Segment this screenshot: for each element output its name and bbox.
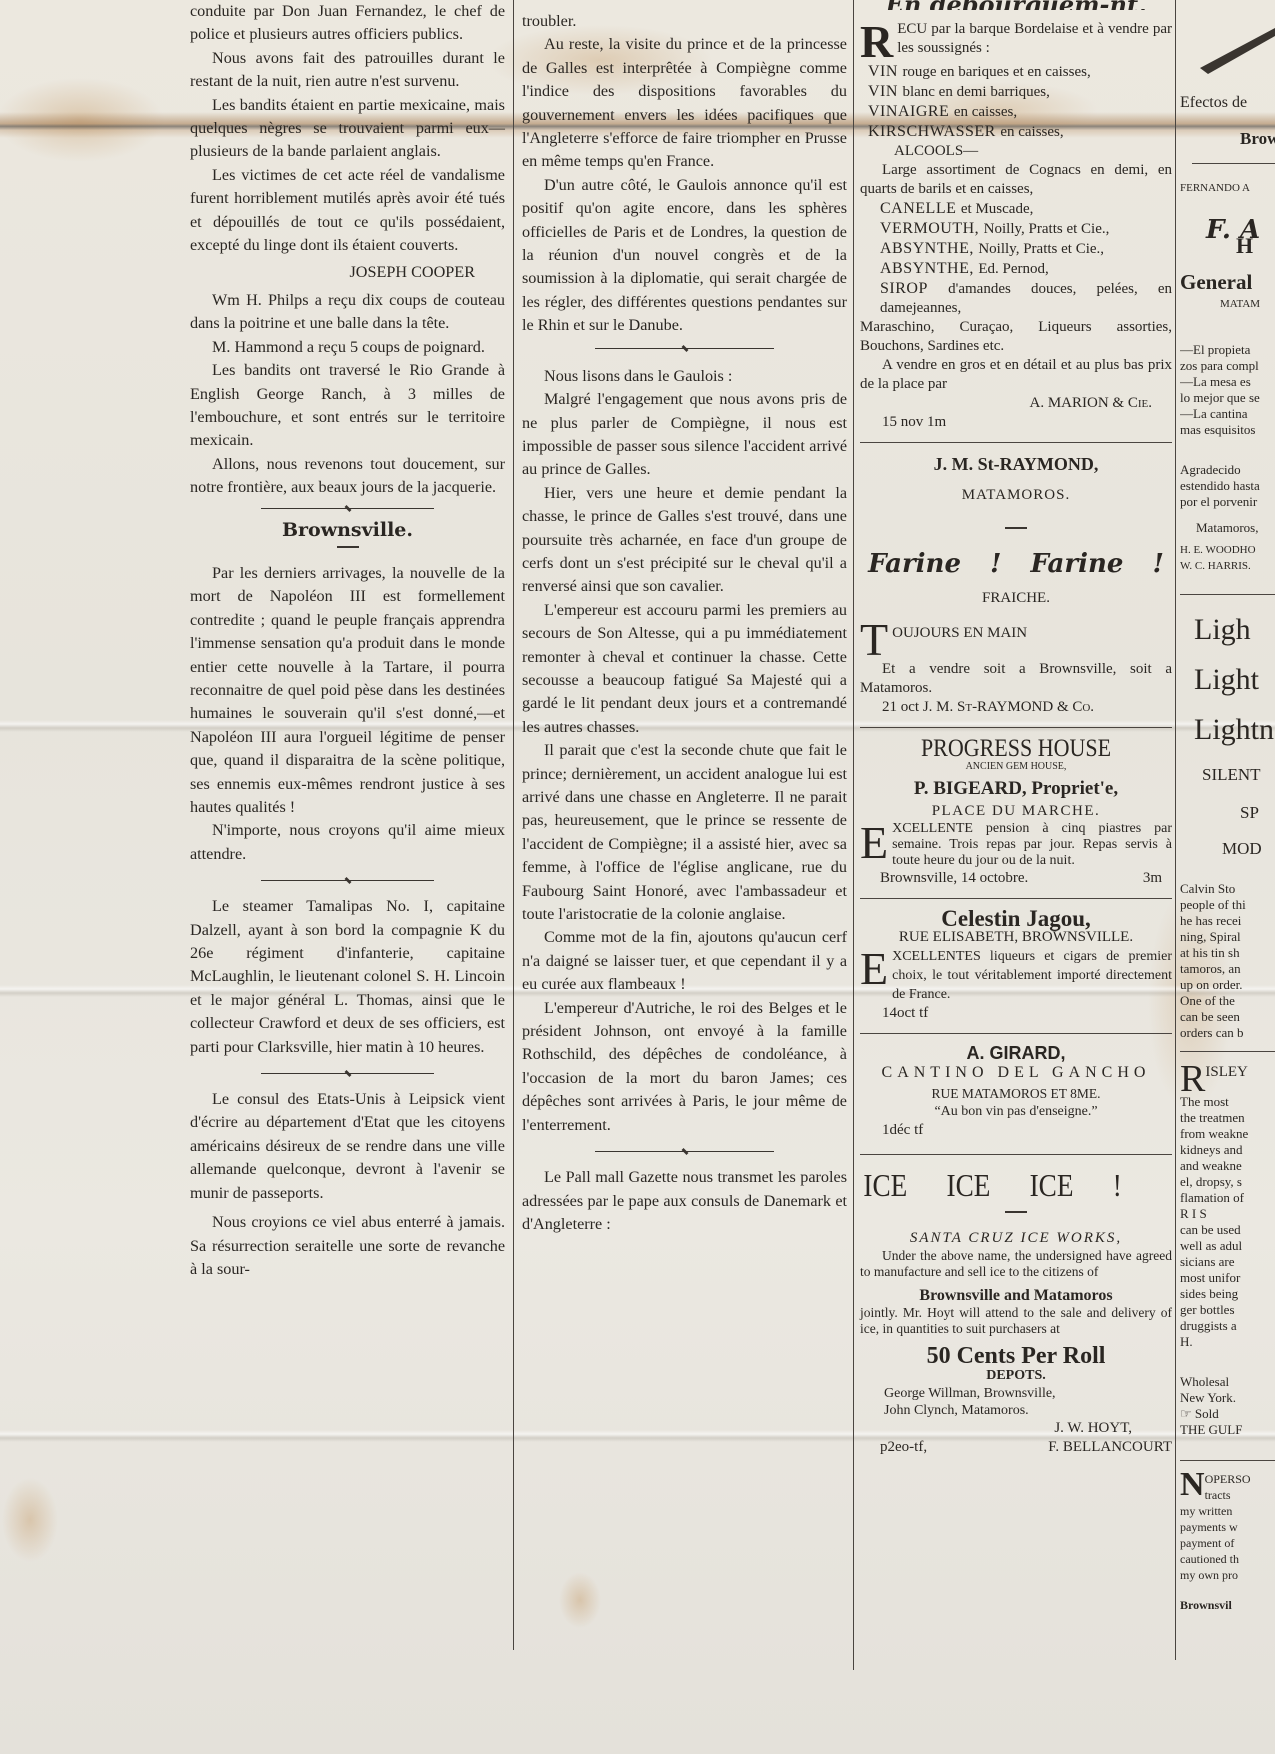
- ad-girard: A. GIRARD, CANTINO DEL GANCHO RUE MATAMO…: [860, 1044, 1172, 1140]
- text-line: up on order.: [1180, 977, 1275, 993]
- ad-text: Efectos de: [1180, 95, 1275, 111]
- text-line: sicians are: [1180, 1254, 1275, 1270]
- product-list: VIN rouge en bariques et en caisses,VIN …: [860, 62, 1172, 142]
- text-line: —La cantina: [1180, 406, 1275, 422]
- text-line: and weakne: [1180, 1158, 1275, 1174]
- article-text: N'importe, nous croyons qu'il aime mieux…: [190, 819, 505, 866]
- ad-text: SP: [1240, 805, 1275, 821]
- product-item: VIN rouge en bariques et en caisses,: [868, 62, 1172, 82]
- text-line: sides being: [1180, 1286, 1275, 1302]
- text-line: cautioned th: [1180, 1551, 1275, 1567]
- ad-headline: LighLightLightn: [1180, 605, 1275, 755]
- article-text: Les bandits étaient en partie mexicaine,…: [190, 94, 505, 164]
- column-rule: [853, 0, 854, 1670]
- ad-price: 50 Cents Per Roll: [860, 1347, 1172, 1366]
- ad-raymond: J. M. St-RAYMOND, MATAMOROS. Farine ! Fa…: [860, 455, 1172, 717]
- ad-text: General: [1180, 274, 1275, 290]
- drop-cap: N: [1180, 1471, 1205, 1499]
- ad-title: A. GIRARD,: [860, 1044, 1172, 1063]
- ad-masthead: En debourquem-nt,: [860, 0, 1172, 10]
- text-line: Lightn: [1194, 705, 1275, 755]
- text-line: ning, Spiral: [1180, 929, 1275, 945]
- ad-text: OUJOURS EN MAIN: [892, 625, 1027, 641]
- signature: JOSEPH COOPER: [190, 261, 505, 284]
- ad-city: MATAMOROS.: [860, 486, 1172, 505]
- text-line: ger bottles: [1180, 1302, 1275, 1318]
- ad-text: A vendre en gros et en détail et au plus…: [860, 356, 1172, 394]
- text-line: at his tin sh: [1180, 945, 1275, 961]
- article-text: M. Hammond a reçu 5 coups de poignard.: [190, 336, 505, 359]
- product-name: VERMOUTH,: [880, 220, 984, 237]
- divider: [261, 880, 434, 881]
- text-line: kidneys and: [1180, 1142, 1275, 1158]
- ad-text: jointly. Mr. Hoyt will attend to the sal…: [860, 1305, 1172, 1337]
- ad-signature: J. M. St-RAYMOND & Co.: [923, 699, 1094, 715]
- column-3-ads: En debourquem-nt, R ECU par la barque Bo…: [860, 0, 1172, 1457]
- drop-cap: E: [860, 949, 888, 989]
- text-line: R I S: [1180, 1206, 1275, 1222]
- column-2: troubler. Au reste, la visite du prince …: [522, 10, 847, 1236]
- text-line: my own pro: [1180, 1567, 1275, 1583]
- drop-cap: R: [1180, 1064, 1205, 1094]
- ice-word: ICE: [863, 1165, 907, 1205]
- ad-rule: [860, 898, 1172, 899]
- drop-cap: E: [860, 823, 888, 863]
- text-line: tamoros, an: [1180, 961, 1275, 977]
- ad-text-lines: H. E. WOODHOW. C. HARRIS.: [1180, 542, 1275, 574]
- text-line: can be seen: [1180, 1009, 1275, 1025]
- ad-text: FERNANDO A: [1180, 180, 1275, 196]
- ad-motto: “Au bon vin pas d'enseigne.”: [860, 1102, 1172, 1121]
- article-text: Hier, vers une heure et demie pendant la…: [522, 482, 847, 599]
- product-desc: Noilly, Pratts et Cie.,: [978, 241, 1104, 257]
- ad-rule: [860, 1033, 1172, 1034]
- ad-signature: A. MARION & Cie.: [860, 394, 1172, 413]
- ad-subheading: ALCOOLS—: [860, 142, 1172, 161]
- article-text: Comme mot de la fin, ajoutons qu'aucun c…: [522, 926, 847, 996]
- ad-signature: F. BELLANCOURT: [1048, 1438, 1172, 1457]
- ad-title: ISLEY: [1205, 1064, 1248, 1080]
- product-desc: rouge en bariques et en caisses,: [902, 64, 1090, 80]
- ad-text-lines: WholesalNew York.☞ SoldTHE GULF: [1180, 1374, 1275, 1438]
- text-line: payment of: [1180, 1535, 1275, 1551]
- section-heading: Brownsville.: [190, 519, 505, 542]
- ad-date: 15 nov 1m: [860, 413, 1172, 432]
- product-item: ABSYNTHE, Ed. Pernod,: [880, 259, 1172, 279]
- column-1: conduite par Don Juan Fernandez, le chef…: [190, 0, 505, 1281]
- article-text: Le consul des Etats-Unis à Leipsick vien…: [190, 1088, 505, 1205]
- article-text: conduite par Don Juan Fernandez, le chef…: [190, 0, 505, 47]
- product-desc: Ed. Pernod,: [978, 261, 1048, 277]
- text-line: The most: [1180, 1094, 1275, 1110]
- divider: [595, 348, 774, 349]
- depot-list: George Willman, Brownsville,John Clynch,…: [860, 1385, 1172, 1419]
- ad-progress-house: PROGRESS HOUSE ANCIEN GEM HOUSE, P. BIGE…: [860, 738, 1172, 888]
- rifle-icon: [1180, 0, 1275, 90]
- article-text: D'un autre côté, le Gaulois annonce qu'i…: [522, 174, 847, 338]
- product-item: ABSYNTHE, Noilly, Pratts et Cie.,: [880, 239, 1172, 259]
- article-text: Nous avons fait des patrouilles durant l…: [190, 47, 505, 94]
- text-line: can be used: [1180, 1222, 1275, 1238]
- article-text: L'empereur est accouru parmi les premier…: [522, 599, 847, 739]
- ad-text: DEPOTS.: [860, 1366, 1172, 1385]
- column-rule: [513, 0, 514, 1650]
- ad-text: PLACE DU MARCHE.: [860, 802, 1172, 821]
- text-line: orders can b: [1180, 1025, 1275, 1041]
- article-text: L'empereur d'Autriche, le roi des Belges…: [522, 997, 847, 1137]
- product-desc: en caisses,: [1000, 124, 1063, 140]
- text-line: payments w: [1180, 1519, 1275, 1535]
- ad-title: Celestin Jagou,: [860, 909, 1172, 928]
- article-text: Nous croyions ce viel abus enterré à jam…: [190, 1211, 505, 1281]
- ad-date: 1déc tf: [860, 1121, 1172, 1140]
- rifle-illustration: [1180, 0, 1275, 95]
- ad-address: RUE MATAMOROS ET 8ME.: [860, 1086, 1172, 1102]
- text-line: H.: [1180, 1334, 1275, 1350]
- product-desc: Noilly, Pratts et Cie.,: [984, 221, 1110, 237]
- text-line: well as adul: [1180, 1238, 1275, 1254]
- ad-text-lines: —El propietazos para compl—La mesa eslo …: [1180, 342, 1275, 438]
- ad-text: SILENT: [1202, 767, 1275, 783]
- ad-text-lines: Calvin Stopeople of thihe has receining,…: [1180, 881, 1275, 1041]
- ad-rule: [1180, 594, 1275, 595]
- drop-cap: R: [860, 22, 893, 62]
- ad-text: Large assortiment de Cognacs en demi, en…: [860, 161, 1172, 199]
- article-text: Le Pall mall Gazette nous transmet les p…: [522, 1166, 847, 1236]
- depot-item: John Clynch, Matamoros.: [884, 1402, 1172, 1419]
- product-item: SIROP d'amandes douces, pelées, en damej…: [880, 279, 1172, 318]
- ad-rule: [1180, 1051, 1275, 1052]
- text-line: One of the: [1180, 993, 1275, 1009]
- ad-company: SANTA CRUZ ICE WORKS,: [860, 1229, 1172, 1248]
- article-text: troubler.: [522, 10, 847, 33]
- text-line: Wholesal: [1180, 1374, 1275, 1390]
- article-text: Wm H. Philps a reçu dix coups de couteau…: [190, 289, 505, 336]
- article-text: Il parait que c'est la seconde chute que…: [522, 739, 847, 926]
- article-text: Malgré l'engagement que nous avons pris …: [522, 388, 847, 482]
- dash: [337, 546, 359, 548]
- ad-title: J. M. St-RAYMOND,: [860, 455, 1172, 474]
- text-line: New York.: [1180, 1390, 1275, 1406]
- text-line: —El propieta: [1180, 342, 1275, 358]
- ad-cities: Brownsville and Matamoros: [860, 1286, 1172, 1305]
- ad-headline: Farine ! Farine !: [860, 549, 1172, 579]
- drop-cap: T: [860, 620, 888, 660]
- ad-rule: [1192, 163, 1275, 164]
- text-line: most unifor: [1180, 1270, 1275, 1286]
- ad-marion: R ECU par la barque Bordelaise et à vend…: [860, 20, 1172, 432]
- product-item: VINAIGRE en caisses,: [868, 102, 1172, 122]
- ad-ice: ICEICEICE! SANTA CRUZ ICE WORKS, Under t…: [860, 1165, 1172, 1457]
- ice-word: ICE: [1030, 1165, 1074, 1205]
- product-name: VIN: [868, 83, 902, 100]
- ad-term: 3m: [1143, 869, 1162, 888]
- ad-rule: [1180, 1460, 1275, 1461]
- article-text: Au reste, la visite du prince et de la p…: [522, 33, 847, 173]
- divider: [261, 1073, 434, 1074]
- ad-text: XCELLENTE pension à cinq piastres par se…: [860, 821, 1172, 869]
- ice-word: !: [1113, 1165, 1122, 1205]
- text-line: Light: [1194, 655, 1275, 705]
- text-line: druggists a: [1180, 1318, 1275, 1334]
- product-item: VIN blanc en demi barriques,: [868, 82, 1172, 102]
- depot-item: George Willman, Brownsville,: [884, 1385, 1172, 1402]
- text-line: he has recei: [1180, 913, 1275, 929]
- ad-signature: J. W. HOYT,: [860, 1419, 1172, 1438]
- product-item: VERMOUTH, Noilly, Pratts et Cie.,: [880, 219, 1172, 239]
- article-text: Nous lisons dans le Gaulois :: [522, 365, 847, 388]
- ad-text: ECU par la barque Bordelaise et à vendre…: [860, 20, 1172, 58]
- ad-date: Brownsville, 14 octobre.: [880, 869, 1028, 888]
- ad-text-lines: Agradecidoestendido hastapor el porvenir: [1180, 462, 1275, 510]
- product-name: VINAIGRE: [868, 103, 954, 120]
- ad-text: MOD: [1222, 841, 1275, 857]
- text-line: por el porvenir: [1180, 494, 1275, 510]
- product-name: ABSYNTHE,: [880, 240, 978, 257]
- column-rule: [1175, 0, 1176, 1660]
- divider: [261, 508, 434, 509]
- text-line: flamation of: [1180, 1190, 1275, 1206]
- text-line: mas esquisitos: [1180, 422, 1275, 438]
- ad-text: Maraschino, Curaçao, Liqueurs assorties,…: [860, 318, 1172, 356]
- text-line: from weakne: [1180, 1126, 1275, 1142]
- dash: [1005, 1211, 1027, 1213]
- column-4-partial: Efectos de Brow FERNANDO A F. A H Genera…: [1180, 0, 1275, 1613]
- article-text: Par les derniers arrivages, la nouvelle …: [190, 562, 505, 819]
- product-name: ABSYNTHE,: [880, 260, 978, 277]
- ad-owner: P. BIGEARD, Propriet'e,: [860, 779, 1172, 798]
- text-line: —La mesa es: [1180, 374, 1275, 390]
- divider: [595, 1151, 774, 1152]
- ad-text: Et a vendre soit a Brownsville, soit a M…: [860, 660, 1172, 698]
- text-line: my written: [1180, 1503, 1275, 1519]
- ice-word: ICE: [947, 1165, 991, 1205]
- ad-text: MATAM: [1220, 296, 1275, 312]
- product-desc: et Muscade,: [961, 201, 1033, 217]
- ad-text: Under the above name, the undersigned ha…: [860, 1248, 1172, 1280]
- product-item: CANELLE et Muscade,: [880, 199, 1172, 219]
- text-line: W. C. HARRIS.: [1180, 558, 1275, 574]
- text-line: ☞ Sold: [1180, 1406, 1275, 1422]
- product-desc: en caisses,: [954, 104, 1017, 120]
- ad-text: Brownsvil: [1180, 1597, 1275, 1613]
- text-line: Calvin Sto: [1180, 881, 1275, 897]
- ad-text: Matamoros,: [1196, 520, 1275, 536]
- product-name: CANELLE: [880, 200, 961, 217]
- product-name: KIRSCHWASSER: [868, 123, 1000, 140]
- text-line: estendido hasta: [1180, 478, 1275, 494]
- product-name: SIROP: [880, 280, 948, 297]
- ad-text: Brow: [1240, 131, 1275, 147]
- ad-date: 14oct tf: [860, 1004, 1172, 1023]
- ad-date: p2eo-tf,: [880, 1438, 927, 1457]
- text-line: zos para compl: [1180, 358, 1275, 374]
- article-text: Le steamer Tamalipas No. I, capitaine Da…: [190, 895, 505, 1059]
- ad-text: FRAICHE.: [860, 589, 1172, 608]
- article-text: Les bandits ont traversé le Rio Grande à…: [190, 359, 505, 453]
- text-line: people of thi: [1180, 897, 1275, 913]
- ad-title: PROGRESS HOUSE: [860, 737, 1172, 759]
- ad-headline: ICEICEICE!: [860, 1165, 1125, 1205]
- text-line: H. E. WOODHO: [1180, 542, 1275, 558]
- text-line: el, dropsy, s: [1180, 1174, 1275, 1190]
- ad-text: XCELLENTES liqueurs et cigars de premier…: [860, 947, 1172, 1004]
- product-item: KIRSCHWASSER en caisses,: [868, 122, 1172, 142]
- article-text: Allons, nous revenons tout doucement, su…: [190, 453, 505, 500]
- ad-jagou: Celestin Jagou, RUE ELISABETH, BROWNSVIL…: [860, 909, 1172, 1023]
- ad-shop: CANTINO DEL GANCHO: [860, 1063, 1172, 1082]
- text-line: the treatmen: [1180, 1110, 1275, 1126]
- dash: [1005, 527, 1027, 529]
- ad-address: RUE ELISABETH, BROWNSVILLE.: [860, 928, 1172, 947]
- product-name: VIN: [868, 63, 902, 80]
- product-desc: blanc en demi barriques,: [902, 84, 1049, 100]
- text-line: Agradecido: [1180, 462, 1275, 478]
- article-text: Les victimes de cet acte réel de vandali…: [190, 164, 505, 258]
- ad-rule: [860, 1154, 1172, 1155]
- text-line: lo mejor que se: [1180, 390, 1275, 406]
- text-line: THE GULF: [1180, 1422, 1275, 1438]
- text-line: Ligh: [1194, 605, 1275, 655]
- ad-text-lines: The mostthe treatmenfrom weaknekidneys a…: [1180, 1094, 1275, 1350]
- ad-rule: [860, 727, 1172, 728]
- ad-date: 21 oct: [882, 699, 919, 715]
- product-list: CANELLE et Muscade,VERMOUTH, Noilly, Pra…: [860, 199, 1172, 318]
- ad-rule: [860, 442, 1172, 443]
